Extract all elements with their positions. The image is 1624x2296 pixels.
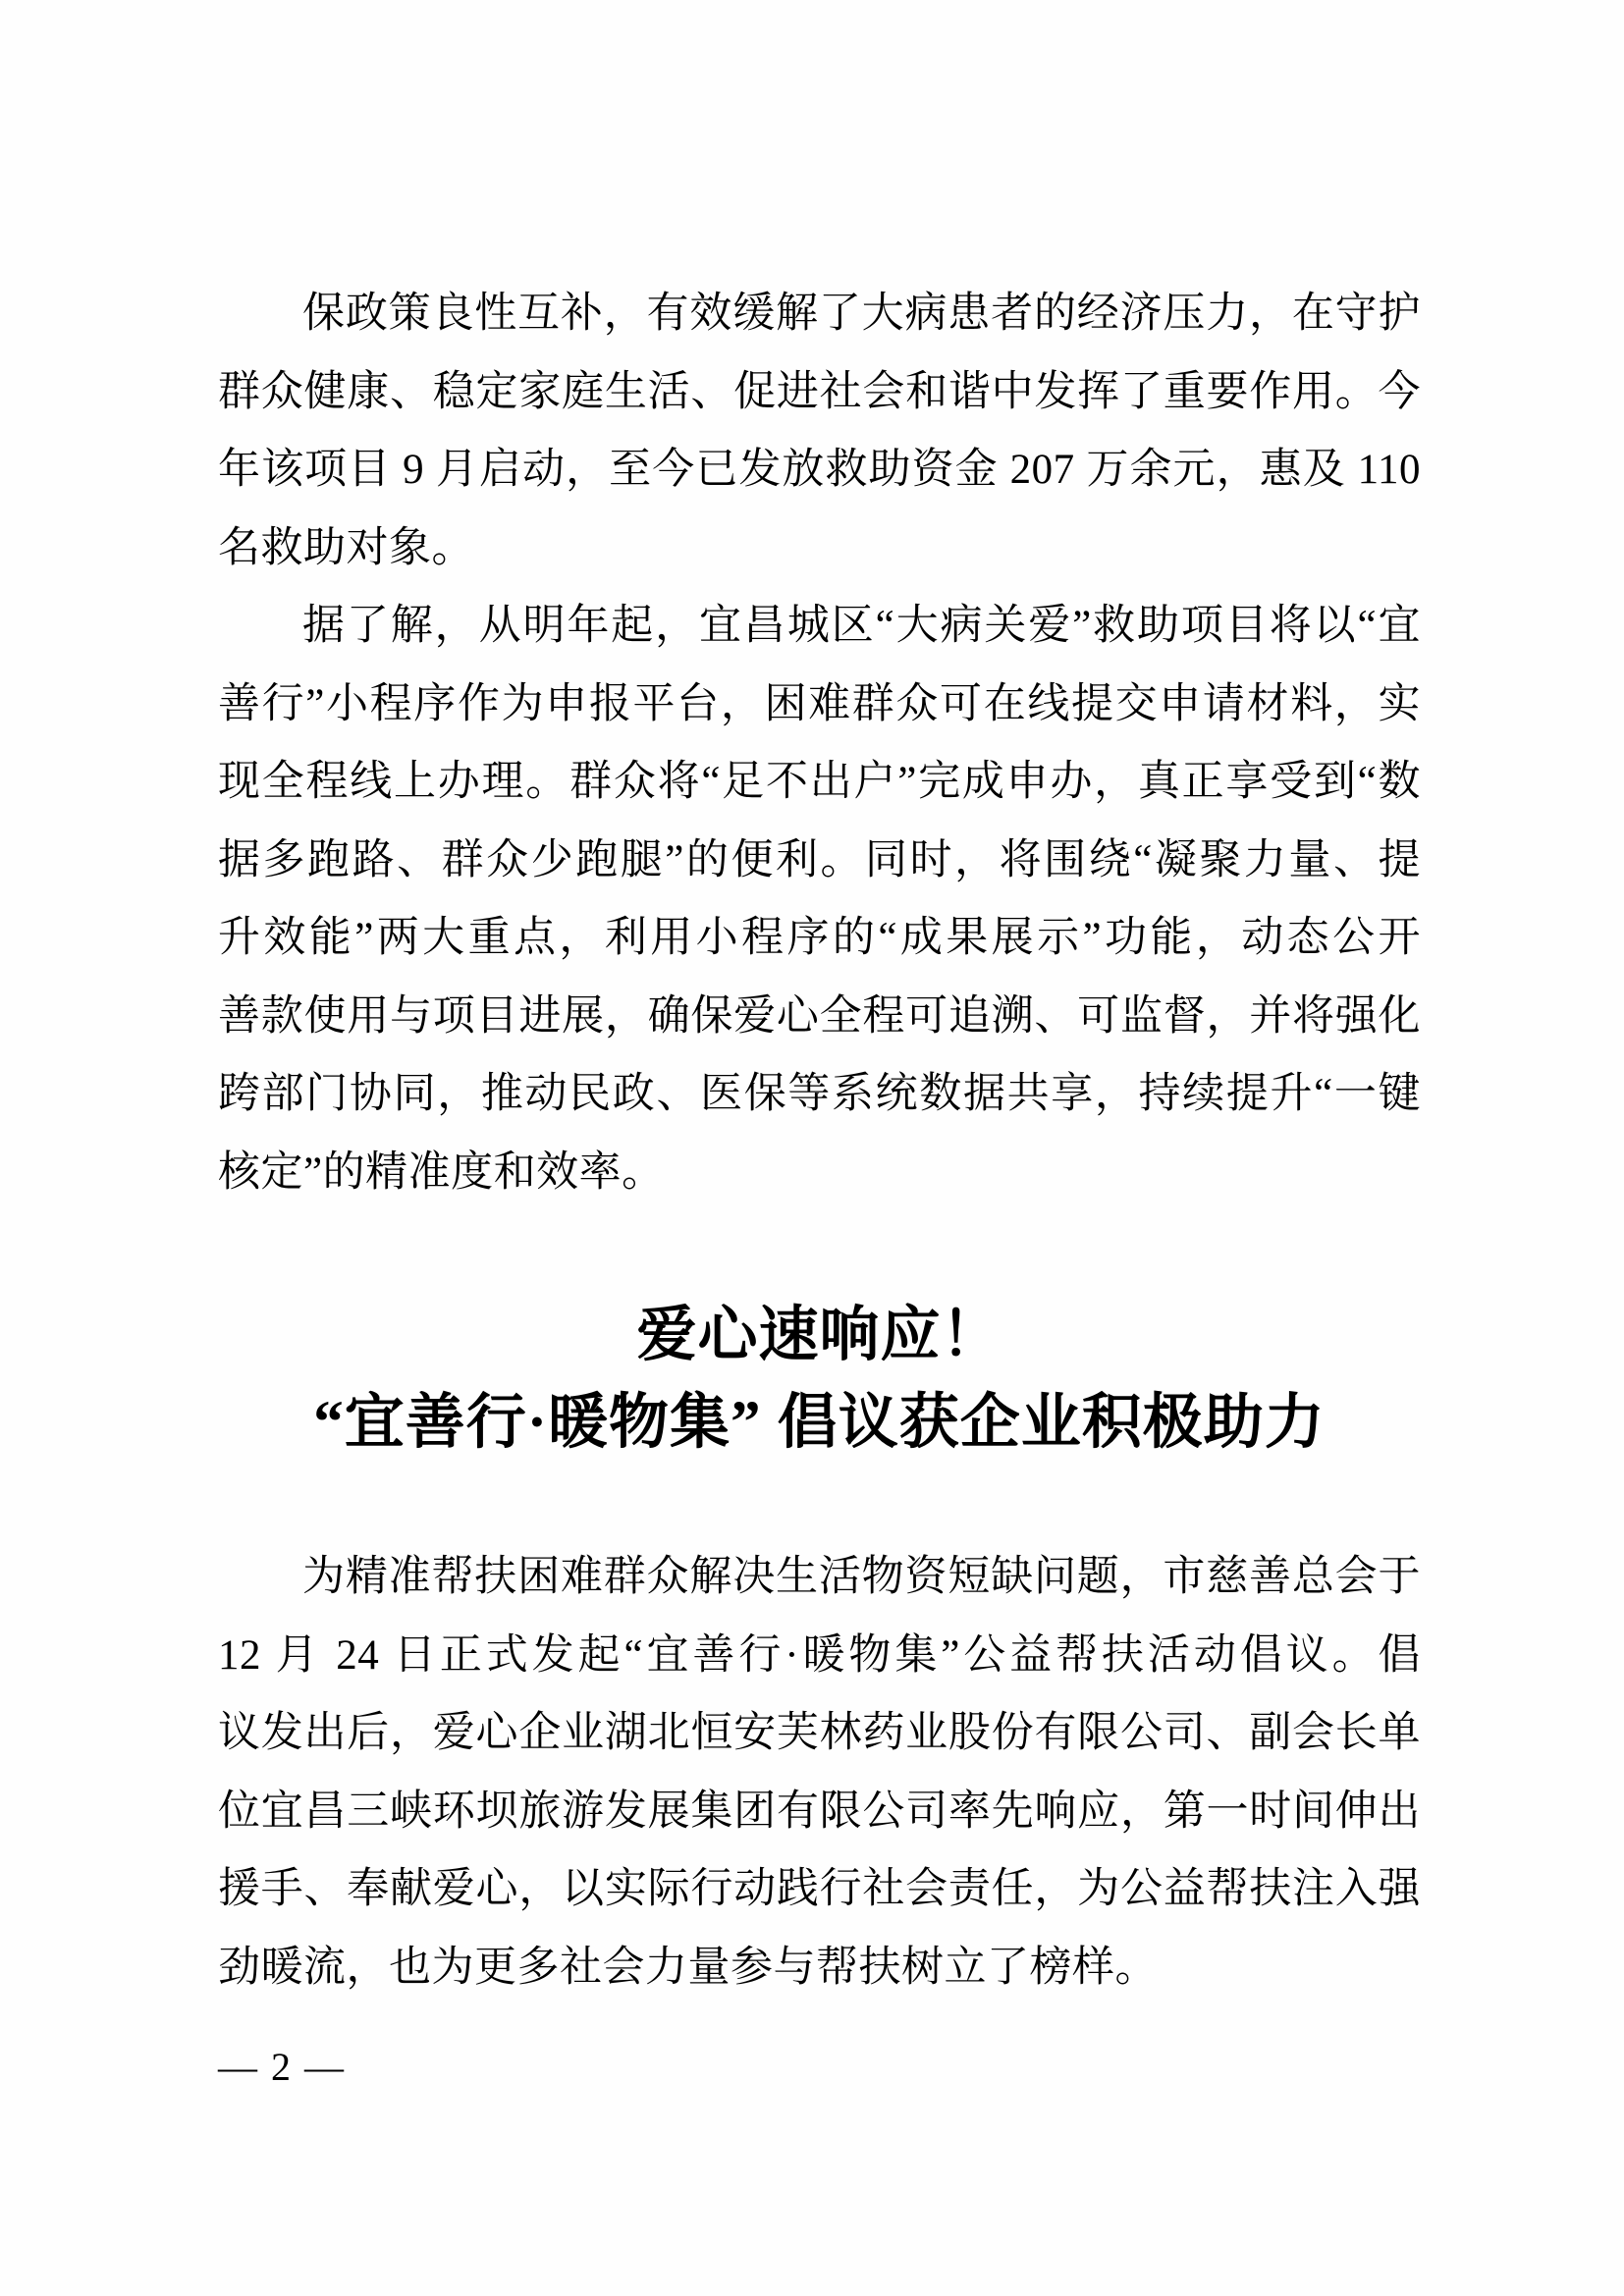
- body-line: 12 月 24 日正式发起“宜善行·暖物集”公益帮扶活动倡议。倡: [218, 1617, 1421, 1695]
- body-line: 跨部门协同，推动民政、医保等系统数据共享，持续提升“一键: [218, 1055, 1421, 1134]
- section-heading: 爱心速响应！ “宜善行·暖物集” 倡议获企业积极助力: [218, 1292, 1421, 1467]
- body-line: 年该项目 9 月启动，至今已发放救助资金 207 万余元，惠及 110: [218, 431, 1421, 509]
- body-line: 位宜昌三峡环坝旅游发展集团有限公司率先响应，第一时间伸出: [218, 1773, 1421, 1851]
- body-line: 善款使用与项目进展，确保爱心全程可追溯、可监督，并将强化: [218, 978, 1421, 1056]
- paragraph-1: 保政策良性互补，有效缓解了大病患者的经济压力，在守护 群众健康、稳定家庭生活、促…: [218, 275, 1421, 587]
- paragraph-3: 为精准帮扶困难群众解决生活物资短缺问题，市慈善总会于 12 月 24 日正式发起…: [218, 1538, 1421, 2006]
- body-line: 据多跑路、群众少跑腿”的便利。同时，将围绕“凝聚力量、提: [218, 822, 1421, 900]
- body-line: 议发出后，爱心企业湖北恒安芙林药业股份有限公司、副会长单: [218, 1694, 1421, 1773]
- body-line: 援手、奉献爱心，以实际行动践行社会责任，为公益帮扶注入强: [218, 1850, 1421, 1929]
- paragraph-2: 据了解，从明年起，宜昌城区“大病关爱”救助项目将以“宜 善行”小程序作为申报平台…: [218, 587, 1421, 1211]
- body-line: 为精准帮扶困难群众解决生活物资短缺问题，市慈善总会于: [218, 1538, 1421, 1617]
- section-heading-line-1: 爱心速响应！: [218, 1292, 1421, 1379]
- body-line: 升效能”两大重点，利用小程序的“成果展示”功能，动态公开: [218, 899, 1421, 978]
- body-line: 名救助对象。: [218, 509, 1421, 588]
- body-line: 善行”小程序作为申报平台，困难群众可在线提交申请材料，实: [218, 666, 1421, 744]
- page-content: 保政策良性互补，有效缓解了大病患者的经济压力，在守护 群众健康、稳定家庭生活、促…: [218, 275, 1421, 2097]
- document-page: 保政策良性互补，有效缓解了大病患者的经济压力，在守护 群众健康、稳定家庭生活、促…: [0, 0, 1624, 2296]
- body-line: 据了解，从明年起，宜昌城区“大病关爱”救助项目将以“宜: [218, 587, 1421, 666]
- body-line: 保政策良性互补，有效缓解了大病患者的经济压力，在守护: [218, 275, 1421, 353]
- page-number: — 2 —: [218, 2038, 1421, 2097]
- body-line: 现全程线上办理。群众将“足不出户”完成申办，真正享受到“数: [218, 743, 1421, 822]
- body-line: 群众健康、稳定家庭生活、促进社会和谐中发挥了重要作用。今: [218, 353, 1421, 432]
- section-heading-line-2: “宜善行·暖物集” 倡议获企业积极助力: [218, 1379, 1421, 1467]
- body-line: 核定”的精准度和效率。: [218, 1134, 1421, 1212]
- body-line: 劲暖流，也为更多社会力量参与帮扶树立了榜样。: [218, 1929, 1421, 2007]
